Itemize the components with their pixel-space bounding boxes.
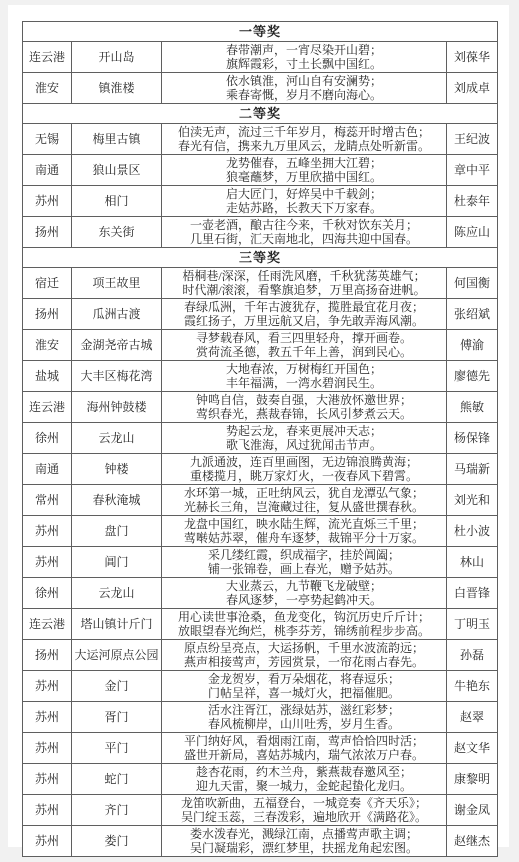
city-cell: 苏州 <box>23 516 72 547</box>
couplet-line-1: 龙势催春，五峰坐拥大江碧； <box>164 156 444 170</box>
author-cell: 谢金凤 <box>447 795 498 826</box>
couplet-line-2: 丰年福满，一湾水碧润民生。 <box>164 376 444 390</box>
couplet-line-2: 莺啭姑苏翠，催舟车逐梦，裁锦平分十万家。 <box>164 531 444 545</box>
author-cell: 马瑞新 <box>447 454 498 485</box>
couplet-cell: 娄水泼春光，溅绿江南，点播莺声歌主调；吴门凝瑞彩，漂红梦里，扶摇龙角起宏图。 <box>162 826 447 857</box>
place-cell: 盘门 <box>72 516 162 547</box>
city-cell: 苏州 <box>23 186 72 217</box>
table-row: 无锡梅里古镇伯渎无声，流过三千年岁月，梅蕊开时增古色；春光有信，携来九万里风云，… <box>23 124 498 155</box>
couplet-line-1: 用心读世事沧桑，鱼龙变化，钩沉历史斤斤计； <box>164 610 444 624</box>
table-row: 宿迁项王故里梧桐巷/深深，任雨洗风磨，千秋犹荡英雄气；时代潮/滚滚，看擎旗追梦，… <box>23 268 498 299</box>
city-cell: 宿迁 <box>23 268 72 299</box>
table-row: 苏州平门平门纳好风，看烟雨江南，莺声恰恰四时活；盛世开新局，喜姑苏城内，瑞气浓浓… <box>23 733 498 764</box>
place-cell: 胥门 <box>72 702 162 733</box>
author-cell: 何国衡 <box>447 268 498 299</box>
table-row: 南通钟楼九派通波，连百里画图，无边锦浪腾黄海；重楼揽月，眺万家灯火，一夜春风下碧… <box>23 454 498 485</box>
table-row: 苏州齐门龙笛吹新曲，五福登台，一城竞奏《齐天乐》；吴门绽玉蕊，三春泼彩，遍地欣开… <box>23 795 498 826</box>
couplet-line-2: 春风逐梦，一亭势起鹤冲天。 <box>164 593 444 607</box>
city-cell: 徐州 <box>23 578 72 609</box>
place-cell: 开山岛 <box>72 42 162 73</box>
couplet-line-2: 春光有信，携来九万里风云，龙睛点处听新雷。 <box>164 139 444 153</box>
couplet-cell: 大地春浓，万树梅红开国色；丰年福满，一湾水碧润民生。 <box>162 361 447 392</box>
place-cell: 梅里古镇 <box>72 124 162 155</box>
city-cell: 南通 <box>23 155 72 186</box>
city-cell: 南通 <box>23 454 72 485</box>
city-cell: 扬州 <box>23 299 72 330</box>
city-cell: 徐州 <box>23 423 72 454</box>
couplet-line-2: 铺一张锦卷，画上春光，赠予姑苏。 <box>164 562 444 576</box>
couplet-line-2: 吴门凝瑞彩，漂红梦里，扶摇龙角起宏图。 <box>164 841 444 855</box>
prize-section-row: 一等奖 <box>23 22 498 42</box>
author-cell: 杨保锋 <box>447 423 498 454</box>
couplet-cell: 水环第一城，正吐纳风云，犹自龙潭弘气象；光赫长三角，岂淹藏过往，复从盛世撰春秋。 <box>162 485 447 516</box>
city-cell: 苏州 <box>23 733 72 764</box>
place-cell: 东关街 <box>72 217 162 248</box>
place-cell: 镇淮楼 <box>72 73 162 104</box>
couplet-cell: 大业蒸云，九节鞭飞龙破壁；春风逐梦，一亭势起鹤冲天。 <box>162 578 447 609</box>
prize-section-title: 二等奖 <box>23 104 498 124</box>
author-cell: 林山 <box>447 547 498 578</box>
table-row: 扬州瓜洲古渡春绿瓜洲，千年古渡犹存，揽胜最宜花月夜；霞红扬子，万里远航又启，争先… <box>23 299 498 330</box>
couplet-cell: 春带潮声，一宵尽染开山碧；旗辉霞彩，寸土长飘中国红。 <box>162 42 447 73</box>
couplet-cell: 采几缕红霞，织成福字，挂於阊阖；铺一张锦卷，画上春光，赠予姑苏。 <box>162 547 447 578</box>
table-row: 徐州云龙山势起云龙，春来更展冲天志；歌飞淮海，风过犹闻击节声。杨保锋 <box>23 423 498 454</box>
place-cell: 金门 <box>72 671 162 702</box>
city-cell: 苏州 <box>23 826 72 857</box>
couplet-cell: 活水注胥江，涨绿姑苏，滋红彩梦；春风梳柳岸，山川吐秀，岁月生香。 <box>162 702 447 733</box>
table-row: 扬州大运河原点公园原点纷呈亮点，大运扬帆，千里水波流韵远；燕声相接莺声，芳园赏景… <box>23 640 498 671</box>
couplet-cell: 龙笛吹新曲，五福登台，一城竞奏《齐天乐》；吴门绽玉蕊，三春泼彩，遍地欣开《满路花… <box>162 795 447 826</box>
couplet-line-1: 寻梦载春风，看三四里轻舟，撑开画卷。 <box>164 331 444 345</box>
couplet-line-1: 大地春浓，万树梅红开国色； <box>164 362 444 376</box>
city-cell: 连云港 <box>23 42 72 73</box>
author-cell: 傅渝 <box>447 330 498 361</box>
author-cell: 杜小波 <box>447 516 498 547</box>
author-cell: 章中平 <box>447 155 498 186</box>
prize-section-title: 三等奖 <box>23 248 498 268</box>
city-cell: 无锡 <box>23 124 72 155</box>
couplet-line-2: 乘春寄慨，岁月不磨向海心。 <box>164 88 444 102</box>
couplet-line-1: 春带潮声，一宵尽染开山碧； <box>164 43 444 57</box>
couplet-cell: 钟鸣自信，鼓奏自强，大港放怀邀世界；莺织春光，燕裁春锦，长风引梦煮云天。 <box>162 392 447 423</box>
couplet-line-2: 春风梳柳岸，山川吐秀，岁月生香。 <box>164 717 444 731</box>
author-cell: 白晋锋 <box>447 578 498 609</box>
place-cell: 蛇门 <box>72 764 162 795</box>
city-cell: 淮安 <box>23 73 72 104</box>
couplet-cell: 势起云龙，春来更展冲天志；歌飞淮海，风过犹闻击节声。 <box>162 423 447 454</box>
couplet-line-1: 梧桐巷/深深，任雨洗风磨，千秋犹荡英雄气； <box>164 269 444 283</box>
couplet-line-1: 原点纷呈亮点，大运扬帆，千里水波流韵远； <box>164 641 444 655</box>
couplet-line-2: 歌飞淮海，风过犹闻击节声。 <box>164 438 444 452</box>
couplet-line-2: 赏荷流圣德，教五千年上善，润到民心。 <box>164 345 444 359</box>
author-cell: 王纪波 <box>447 124 498 155</box>
couplet-cell: 寻梦载春风，看三四里轻舟，撑开画卷。赏荷流圣德，教五千年上善，润到民心。 <box>162 330 447 361</box>
prize-section-row: 二等奖 <box>23 104 498 124</box>
couplet-line-2: 放眼望春光绚烂，桃李芬芳，锦绣前程步步高。 <box>164 624 444 638</box>
author-cell: 熊敏 <box>447 392 498 423</box>
couplet-line-1: 一壶老酒，酿古往今来，千秋对饮东关月； <box>164 218 444 232</box>
place-cell: 阊门 <box>72 547 162 578</box>
author-cell: 杜泰年 <box>447 186 498 217</box>
prize-section-title: 一等奖 <box>23 22 498 42</box>
city-cell: 连云港 <box>23 392 72 423</box>
table-row: 扬州东关街一壶老酒，酿古往今来，千秋对饮东关月；几里石街，汇天南地北，四海共迎中… <box>23 217 498 248</box>
table-row: 淮安镇淮楼依水镇淮，河山自有安澜势；乘春寄慨，岁月不磨向海心。刘成卓 <box>23 73 498 104</box>
author-cell: 刘成卓 <box>447 73 498 104</box>
author-cell: 廖德先 <box>447 361 498 392</box>
couplet-cell: 平门纳好风，看烟雨江南，莺声恰恰四时活；盛世开新局，喜姑苏城内，瑞气浓浓万户春。 <box>162 733 447 764</box>
table-row: 苏州盘门龙盘中国红，映水陆生辉，流光直烁三千里；莺啭姑苏翠，催舟车逐梦，裁锦平分… <box>23 516 498 547</box>
place-cell: 相门 <box>72 186 162 217</box>
table-row: 苏州相门启大匠门，好焠吴中千载剑；走姑苏路，长教天下万家春。杜泰年 <box>23 186 498 217</box>
couplet-cell: 龙盘中国红，映水陆生辉，流光直烁三千里；莺啭姑苏翠，催舟车逐梦，裁锦平分十万家。 <box>162 516 447 547</box>
author-cell: 赵继杰 <box>447 826 498 857</box>
city-cell: 扬州 <box>23 217 72 248</box>
couplet-line-1: 钟鸣自信，鼓奏自强，大港放怀邀世界； <box>164 393 444 407</box>
couplet-line-2: 光赫长三角，岂淹藏过往，复从盛世撰春秋。 <box>164 500 444 514</box>
author-cell: 赵文华 <box>447 733 498 764</box>
table-row: 盐城大丰区梅花湾大地春浓，万树梅红开国色；丰年福满，一湾水碧润民生。廖德先 <box>23 361 498 392</box>
author-cell: 赵翠 <box>447 702 498 733</box>
couplet-line-1: 龙盘中国红，映水陆生辉，流光直烁三千里； <box>164 517 444 531</box>
city-cell: 盐城 <box>23 361 72 392</box>
place-cell: 大运河原点公园 <box>72 640 162 671</box>
city-cell: 苏州 <box>23 764 72 795</box>
place-cell: 齐门 <box>72 795 162 826</box>
couplet-cell: 伯渎无声，流过三千年岁月，梅蕊开时增古色；春光有信，携来九万里风云，龙睛点处听新… <box>162 124 447 155</box>
table-row: 苏州阊门采几缕红霞，织成福字，挂於阊阖；铺一张锦卷，画上春光，赠予姑苏。林山 <box>23 547 498 578</box>
table-row: 淮安金湖尧帝古城寻梦载春风，看三四里轻舟，撑开画卷。赏荷流圣德，教五千年上善，润… <box>23 330 498 361</box>
city-cell: 苏州 <box>23 547 72 578</box>
couplet-line-1: 采几缕红霞，织成福字，挂於阊阖； <box>164 548 444 562</box>
couplet-cell: 依水镇淮，河山自有安澜势；乘春寄慨，岁月不磨向海心。 <box>162 73 447 104</box>
couplet-cell: 趁杏花雨，约木兰舟，紫燕裁春邀风至；迎九天雷，聚一城力，金蛇起蛰化龙归。 <box>162 764 447 795</box>
couplet-line-2: 重楼揽月，眺万家灯火，一夜春风下碧霄。 <box>164 469 444 483</box>
couplet-cell: 原点纷呈亮点，大运扬帆，千里水波流韵远；燕声相接莺声，芳园赏景，一帘花雨占春先。 <box>162 640 447 671</box>
author-cell: 刘葆华 <box>447 42 498 73</box>
place-cell: 狼山景区 <box>72 155 162 186</box>
author-cell: 张绍斌 <box>447 299 498 330</box>
table-row: 南通狼山景区龙势催春，五峰坐拥大江碧；狼毫蘸梦，万里欣描中国红。章中平 <box>23 155 498 186</box>
couplet-cell: 梧桐巷/深深，任雨洗风磨，千秋犹荡英雄气；时代潮/滚滚，看擎旗追梦，万里高扬奋进… <box>162 268 447 299</box>
screenshot-canvas: 一等奖连云港开山岛春带潮声，一宵尽染开山碧；旗辉霞彩，寸土长飘中国红。刘葆华淮安… <box>0 0 519 862</box>
couplet-line-1: 龙笛吹新曲，五福登台，一城竞奏《齐天乐》； <box>164 796 444 810</box>
table-row: 苏州胥门活水注胥江，涨绿姑苏，滋红彩梦；春风梳柳岸，山川吐秀，岁月生香。赵翠 <box>23 702 498 733</box>
couplet-cell: 用心读世事沧桑，鱼龙变化，钩沉历史斤斤计；放眼望春光绚烂，桃李芬芳，锦绣前程步步… <box>162 609 447 640</box>
couplet-line-2: 几里石街，汇天南地北，四海共迎中国春。 <box>164 232 444 246</box>
table-row: 苏州蛇门趁杏花雨，约木兰舟，紫燕裁春邀风至；迎九天雷，聚一城力，金蛇起蛰化龙归。… <box>23 764 498 795</box>
couplet-line-2: 走姑苏路，长教天下万家春。 <box>164 201 444 215</box>
couplet-line-2: 时代潮/滚滚，看擎旗追梦，万里高扬奋进帆。 <box>164 283 444 297</box>
awards-table: 一等奖连云港开山岛春带潮声，一宵尽染开山碧；旗辉霞彩，寸土长飘中国红。刘葆华淮安… <box>22 21 498 857</box>
couplet-line-2: 盛世开新局，喜姑苏城内，瑞气浓浓万户春。 <box>164 748 444 762</box>
couplet-line-1: 伯渎无声，流过三千年岁月，梅蕊开时增古色； <box>164 125 444 139</box>
place-cell: 金湖尧帝古城 <box>72 330 162 361</box>
city-cell: 苏州 <box>23 671 72 702</box>
couplet-line-1: 金龙贺岁，看万朵烟花，将春逗乐； <box>164 672 444 686</box>
awards-table-body: 一等奖连云港开山岛春带潮声，一宵尽染开山碧；旗辉霞彩，寸土长飘中国红。刘葆华淮安… <box>23 22 498 857</box>
couplet-line-1: 九派通波，连百里画图，无边锦浪腾黄海； <box>164 455 444 469</box>
couplet-line-1: 平门纳好风，看烟雨江南，莺声恰恰四时活； <box>164 734 444 748</box>
author-cell: 牛艳东 <box>447 671 498 702</box>
place-cell: 云龙山 <box>72 423 162 454</box>
table-row: 徐州云龙山大业蒸云，九节鞭飞龙破壁；春风逐梦，一亭势起鹤冲天。白晋锋 <box>23 578 498 609</box>
couplet-cell: 龙势催春，五峰坐拥大江碧；狼毫蘸梦，万里欣描中国红。 <box>162 155 447 186</box>
table-row: 苏州娄门娄水泼春光，溅绿江南，点播莺声歌主调；吴门凝瑞彩，漂红梦里，扶摇龙角起宏… <box>23 826 498 857</box>
couplet-line-2: 吴门绽玉蕊，三春泼彩，遍地欣开《满路花》。 <box>164 810 444 824</box>
couplet-cell: 九派通波，连百里画图，无边锦浪腾黄海；重楼揽月，眺万家灯火，一夜春风下碧霄。 <box>162 454 447 485</box>
couplet-line-2: 燕声相接莺声，芳园赏景，一帘花雨占春先。 <box>164 655 444 669</box>
couplet-line-2: 迎九天雷，聚一城力，金蛇起蛰化龙归。 <box>164 779 444 793</box>
couplet-line-1: 势起云龙，春来更展冲天志； <box>164 424 444 438</box>
document-page: 一等奖连云港开山岛春带潮声，一宵尽染开山碧；旗辉霞彩，寸土长飘中国红。刘葆华淮安… <box>8 5 509 847</box>
place-cell: 瓜洲古渡 <box>72 299 162 330</box>
table-row: 常州春秋淹城水环第一城，正吐纳风云，犹自龙潭弘气象；光赫长三角，岂淹藏过往，复从… <box>23 485 498 516</box>
couplet-line-1: 春绿瓜洲，千年古渡犹存，揽胜最宜花月夜； <box>164 300 444 314</box>
table-row: 连云港塔山镇计斤门用心读世事沧桑，鱼龙变化，钩沉历史斤斤计；放眼望春光绚烂，桃李… <box>23 609 498 640</box>
couplet-cell: 春绿瓜洲，千年古渡犹存，揽胜最宜花月夜；霞红扬子，万里远航又启，争先敢弄海风潮。 <box>162 299 447 330</box>
table-row: 连云港海州钟鼓楼钟鸣自信，鼓奏自强，大港放怀邀世界；莺织春光，燕裁春锦，长风引梦… <box>23 392 498 423</box>
couplet-line-1: 大业蒸云，九节鞭飞龙破壁； <box>164 579 444 593</box>
table-row: 苏州金门金龙贺岁，看万朵烟花，将春逗乐；门帖呈祥，喜一城灯火，把福催肥。牛艳东 <box>23 671 498 702</box>
city-cell: 苏州 <box>23 795 72 826</box>
city-cell: 连云港 <box>23 609 72 640</box>
couplet-cell: 一壶老酒，酿古往今来，千秋对饮东关月；几里石街，汇天南地北，四海共迎中国春。 <box>162 217 447 248</box>
place-cell: 塔山镇计斤门 <box>72 609 162 640</box>
author-cell: 丁明玉 <box>447 609 498 640</box>
place-cell: 大丰区梅花湾 <box>72 361 162 392</box>
city-cell: 常州 <box>23 485 72 516</box>
author-cell: 刘光和 <box>447 485 498 516</box>
place-cell: 钟楼 <box>72 454 162 485</box>
couplet-cell: 启大匠门，好焠吴中千载剑；走姑苏路，长教天下万家春。 <box>162 186 447 217</box>
place-cell: 娄门 <box>72 826 162 857</box>
couplet-line-1: 启大匠门，好焠吴中千载剑； <box>164 187 444 201</box>
couplet-line-2: 旗辉霞彩，寸土长飘中国红。 <box>164 57 444 71</box>
city-cell: 淮安 <box>23 330 72 361</box>
city-cell: 苏州 <box>23 702 72 733</box>
place-cell: 云龙山 <box>72 578 162 609</box>
author-cell: 康黎明 <box>447 764 498 795</box>
couplet-line-2: 莺织春光，燕裁春锦，长风引梦煮云天。 <box>164 407 444 421</box>
author-cell: 孙磊 <box>447 640 498 671</box>
place-cell: 海州钟鼓楼 <box>72 392 162 423</box>
couplet-line-1: 娄水泼春光，溅绿江南，点播莺声歌主调； <box>164 827 444 841</box>
couplet-line-2: 霞红扬子，万里远航又启，争先敢弄海风潮。 <box>164 314 444 328</box>
couplet-cell: 金龙贺岁，看万朵烟花，将春逗乐；门帖呈祥，喜一城灯火，把福催肥。 <box>162 671 447 702</box>
place-cell: 平门 <box>72 733 162 764</box>
author-cell: 陈应山 <box>447 217 498 248</box>
couplet-line-2: 门帖呈祥，喜一城灯火，把福催肥。 <box>164 686 444 700</box>
couplet-line-1: 依水镇淮，河山自有安澜势； <box>164 74 444 88</box>
couplet-line-2: 狼毫蘸梦，万里欣描中国红。 <box>164 170 444 184</box>
place-cell: 春秋淹城 <box>72 485 162 516</box>
table-row: 连云港开山岛春带潮声，一宵尽染开山碧；旗辉霞彩，寸土长飘中国红。刘葆华 <box>23 42 498 73</box>
couplet-line-1: 活水注胥江，涨绿姑苏，滋红彩梦； <box>164 703 444 717</box>
prize-section-row: 三等奖 <box>23 248 498 268</box>
place-cell: 项王故里 <box>72 268 162 299</box>
couplet-line-1: 趁杏花雨，约木兰舟，紫燕裁春邀风至； <box>164 765 444 779</box>
city-cell: 扬州 <box>23 640 72 671</box>
couplet-line-1: 水环第一城，正吐纳风云，犹自龙潭弘气象； <box>164 486 444 500</box>
